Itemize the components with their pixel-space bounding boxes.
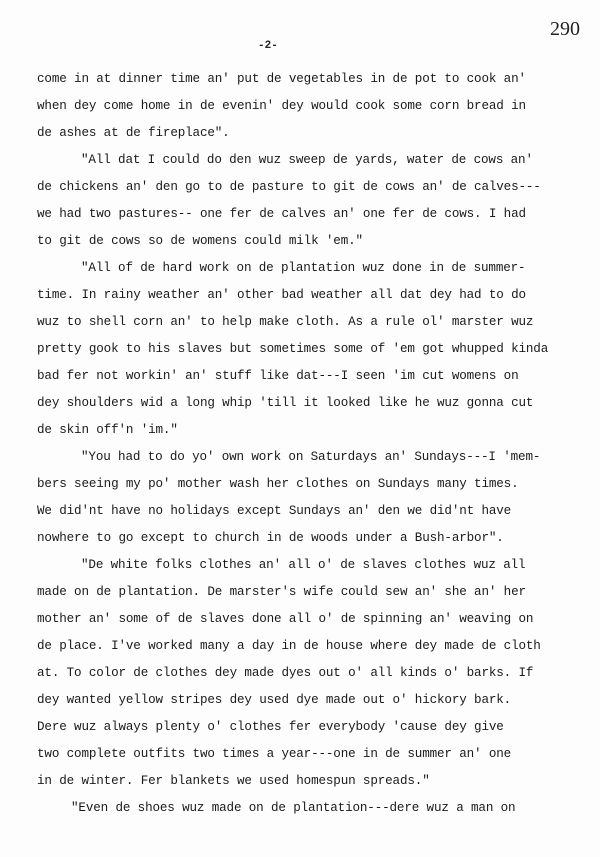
text-line: nowhere to go except to church in de woo… [37, 525, 597, 552]
text-line: in de winter. Fer blankets we used homes… [37, 768, 597, 795]
text-line: We did'nt have no holidays except Sunday… [37, 498, 597, 525]
text-line: time. In rainy weather an' other bad wea… [37, 282, 597, 309]
text-line: at. To color de clothes dey made dyes ou… [37, 660, 597, 687]
text-line: de place. I've worked many a day in de h… [37, 633, 597, 660]
text-line: come in at dinner time an' put de vegeta… [37, 66, 597, 93]
text-line: when dey come home in de evenin' dey wou… [37, 93, 597, 120]
text-line: bad fer not workin' an' stuff like dat--… [37, 363, 597, 390]
text-line: to git de cows so de womens could milk '… [37, 228, 597, 255]
paragraph-start-line: "All of de hard work on de plantation wu… [37, 255, 597, 282]
paragraph-start-line: "Even de shoes wuz made on de plantation… [37, 795, 597, 822]
text-line: dey shoulders wid a long whip 'till it l… [37, 390, 597, 417]
page-number: 290 [550, 18, 580, 41]
text-line: de chickens an' den go to de pasture to … [37, 174, 597, 201]
text-line: pretty gook to his slaves but sometimes … [37, 336, 597, 363]
text-line: dey wanted yellow stripes dey used dye m… [37, 687, 597, 714]
paragraph-start-line: "You had to do yo' own work on Saturdays… [37, 444, 597, 471]
text-line: Dere wuz always plenty o' clothes fer ev… [37, 714, 597, 741]
text-line: de skin off'n 'im." [37, 417, 597, 444]
text-line: wuz to shell corn an' to help make cloth… [37, 309, 597, 336]
page-marker: -2- [258, 40, 278, 52]
paragraph-start-line: "De white folks clothes an' all o' de sl… [37, 552, 597, 579]
text-line: made on de plantation. De marster's wife… [37, 579, 597, 606]
text-line: we had two pastures-- one fer de calves … [37, 201, 597, 228]
text-line: two complete outfits two times a year---… [37, 741, 597, 768]
document-page: 290 -2- come in at dinner time an' put d… [0, 0, 600, 857]
text-line: de ashes at de fireplace". [37, 120, 597, 147]
text-line: mother an' some of de slaves done all o'… [37, 606, 597, 633]
text-line: bers seeing my po' mother wash her cloth… [37, 471, 597, 498]
paragraph-start-line: "All dat I could do den wuz sweep de yar… [37, 147, 597, 174]
body-text: come in at dinner time an' put de vegeta… [37, 66, 597, 822]
